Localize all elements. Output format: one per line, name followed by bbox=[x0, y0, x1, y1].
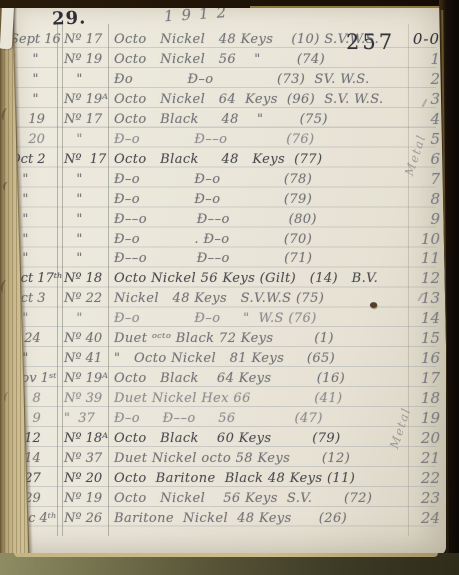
entry-description: Octo Nickel 64 Keys (96) S.V. W.S. bbox=[114, 92, 410, 107]
entry-serial-suffix: 4 bbox=[404, 112, 440, 127]
entry-description: Octo Black 48 Keys (77) bbox=[114, 152, 410, 167]
entry-model-number: Nº 37 bbox=[64, 451, 108, 466]
gilt-edge-line bbox=[250, 6, 440, 8]
entry-description: Ɖ–o Ɖ–o (78) bbox=[114, 172, 410, 187]
entry-model-number: Nº 19ᴬ bbox=[64, 371, 108, 386]
entry-serial-suffix: 21 bbox=[404, 451, 440, 466]
entry-model-number: " bbox=[64, 72, 108, 87]
ledger-photo: 29. 1912 Sept 16 Nº 17 Octo Nickel 48 Ke… bbox=[0, 0, 459, 575]
entry-model-number: Nº 19ᴬ bbox=[64, 92, 108, 107]
book-binding-top bbox=[0, 0, 459, 8]
entry-description: Ɖ–o . Ɖ–o (70) bbox=[114, 232, 410, 247]
entry-model-number: " bbox=[64, 251, 108, 266]
entry-model-number: " bbox=[64, 172, 108, 187]
adjacent-page-corner bbox=[0, 3, 14, 50]
entry-serial-suffix: 15 bbox=[404, 331, 440, 346]
entry-model-number: Nº 17 bbox=[64, 32, 108, 47]
entry-serial-suffix: 2 bbox=[404, 72, 440, 87]
entry-description: Octo Baritone Black 48 Keys (11) bbox=[114, 471, 410, 486]
entry-serial-suffix: 8 bbox=[404, 192, 440, 207]
entry-model-number: " bbox=[64, 192, 108, 207]
ledger-row: Oct 3 Nº 22 Nickel 48 Keys S.V.W.S (75) … bbox=[6, 287, 446, 307]
entry-model-number: Nº 39 bbox=[64, 391, 108, 406]
ledger-row: Dec 4ᵗʰ Nº 26 Baritone Nickel 48 Keys (2… bbox=[6, 507, 446, 527]
entry-serial-suffix: 11 bbox=[404, 251, 440, 266]
entry-description: Ɖ–o Ɖ––o (76) bbox=[114, 132, 410, 147]
entry-model-number: " bbox=[64, 212, 108, 227]
entry-model-number: Nº 17 bbox=[64, 112, 108, 127]
entry-description: Duet Nickel Hex 66 (41) bbox=[114, 391, 410, 406]
entry-serial-suffix: 14 bbox=[404, 311, 440, 326]
entry-model-number: Nº 41 bbox=[64, 351, 108, 366]
entry-serial-suffix: 1 bbox=[404, 52, 440, 67]
ledger-row: " 29 Nº 19 Octo Nickel 56 Keys S.V. (72)… bbox=[6, 487, 446, 507]
entry-serial-suffix: 9 bbox=[404, 212, 440, 227]
entry-model-number: Nº 18ᴬ bbox=[64, 431, 108, 446]
ledger-row: " 27 Nº 20 Octo Baritone Black 48 Keys (… bbox=[6, 467, 446, 487]
entry-serial-suffix: 0-0 bbox=[404, 32, 440, 47]
ledger-row: " 19 Nº 17 Octo Black 48 " (75) 4 bbox=[6, 108, 446, 128]
ledger-row: " 20 " Ɖ–o Ɖ––o (76) 5 bbox=[6, 128, 446, 148]
ledger-row: " " Nº 19ᴬ Octo Nickel 64 Keys (96) S.V.… bbox=[6, 88, 446, 108]
entry-serial-suffix: 10 bbox=[404, 232, 440, 247]
page-bottom-edge bbox=[14, 553, 438, 557]
ledger-row: Nov 1ˢᵗ Nº 19ᴬ Octo Black 64 Keys (16) 1… bbox=[6, 367, 446, 387]
entry-description: Octo Nickel 56 Keys S.V. (72) bbox=[114, 491, 410, 506]
ledger-row: " " Ɖ–o Ɖ–o " W.S (76) 14 bbox=[6, 307, 446, 327]
entry-description: Duet ᵒᶜᵗᵒ Black 72 Keys (1) bbox=[114, 331, 410, 346]
entry-description: Octo Black 48 " (75) bbox=[114, 112, 410, 127]
entry-model-number: Nº 19 bbox=[64, 491, 108, 506]
ledger-row: " " Ɖ––o Ɖ––o (80) 9 bbox=[6, 208, 446, 228]
ledger-row: " 12 Nº 18ᴬ Octo Black 60 Keys (79) 20 bbox=[6, 427, 446, 447]
entry-model-number: " bbox=[64, 132, 108, 147]
entry-description: Ɖ–o Ɖ––o 56 (47) bbox=[114, 411, 410, 426]
entry-description: Octo Black 60 Keys (79) bbox=[114, 431, 410, 446]
entry-model-number: " bbox=[64, 232, 108, 247]
entry-serial-suffix: 16 bbox=[404, 351, 440, 366]
entry-serial-suffix: 20 bbox=[404, 431, 440, 446]
entry-model-number: Nº 40 bbox=[64, 331, 108, 346]
ledger-row: " 8 Nº 39 Duet Nickel Hex 66 (41) 18 bbox=[6, 387, 446, 407]
entry-model-number: Nº 20 bbox=[64, 471, 108, 486]
ledger-row: " " Ɖ–o Ɖ–o (78) 7 bbox=[6, 168, 446, 188]
entry-description: Baritone Nickel 48 Keys (26) bbox=[114, 511, 410, 526]
entry-serial-suffix: 18 bbox=[404, 391, 440, 406]
entry-description: Octo Black 64 Keys (16) bbox=[114, 371, 410, 386]
ledger-row: " 9 " 37 Ɖ–o Ɖ––o 56 (47) 19 bbox=[6, 407, 446, 427]
ledger-row: " " " Ɖo Ɖ–o (73) SV. W.S. 2 bbox=[6, 68, 446, 88]
entry-description: Ɖ–o Ɖ–o " W.S (76) bbox=[114, 311, 410, 326]
entry-serial-suffix: 12 bbox=[404, 271, 440, 286]
entry-description: Ɖ––o Ɖ––o (80) bbox=[114, 212, 410, 227]
ledger-row: " " Ɖ––o Ɖ––o (71) 11 bbox=[6, 247, 446, 267]
ledger-row: " " Nº 19 Octo Nickel 56 " (74) 1 bbox=[6, 48, 446, 68]
entry-model-number: " bbox=[64, 311, 108, 326]
entry-description: " Octo Nickel 81 Keys (65) bbox=[114, 351, 410, 366]
ledger-row: Oct 17ᵗʰ Nº 18 Octo Nickel 56 Keys (Gilt… bbox=[6, 267, 446, 287]
entry-model-number: Nº 18 bbox=[64, 271, 108, 286]
entry-model-number: Nº 17 bbox=[64, 152, 108, 167]
ledger-row: " " Ɖ–o . Ɖ–o (70) 10 bbox=[6, 228, 446, 248]
entry-description: Octo Nickel 56 " (74) bbox=[114, 52, 410, 67]
entry-serial-suffix: 23 bbox=[404, 491, 440, 506]
ledger-row: Sept 16 Nº 17 Octo Nickel 48 Keys (10) S… bbox=[6, 28, 446, 48]
entry-model-number: Nº 19 bbox=[64, 52, 108, 67]
entry-description: Ɖ–o Ɖ–o (79) bbox=[114, 192, 410, 207]
entry-description: Ɖo Ɖ–o (73) SV. W.S. bbox=[114, 72, 410, 87]
book-cover-bottom bbox=[0, 553, 459, 575]
entry-description: Duet Nickel octo 58 Keys (12) bbox=[114, 451, 410, 466]
entry-description: Ɖ––o Ɖ––o (71) bbox=[114, 251, 410, 266]
ledger-page: 29. 1912 Sept 16 Nº 17 Octo Nickel 48 Ke… bbox=[6, 6, 446, 555]
ledger-row: " Nº 41 " Octo Nickel 81 Keys (65) 16 bbox=[6, 347, 446, 367]
entry-description: Octo Nickel 56 Keys (Gilt) (14) B.V. bbox=[114, 271, 410, 286]
entry-model-number: Nº 26 bbox=[64, 511, 108, 526]
ledger-row: Oct 2 Nº 17 Octo Black 48 Keys (77) 6 bbox=[6, 148, 446, 168]
ledger-row: " 14 Nº 37 Duet Nickel octo 58 Keys (12)… bbox=[6, 447, 446, 467]
ledger-row: " 24 Nº 40 Duet ᵒᶜᵗᵒ Black 72 Keys (1) 1… bbox=[6, 327, 446, 347]
entry-model-number: " 37 bbox=[64, 411, 108, 426]
ledger-row: " " Ɖ–o Ɖ–o (79) 8 bbox=[6, 188, 446, 208]
entry-serial-suffix: 24 bbox=[404, 511, 440, 526]
entry-serial-suffix: 17 bbox=[404, 371, 440, 386]
entry-description: Nickel 48 Keys S.V.W.S (75) bbox=[114, 291, 410, 306]
entry-serial-suffix: 22 bbox=[404, 471, 440, 486]
entry-model-number: Nº 22 bbox=[64, 291, 108, 306]
